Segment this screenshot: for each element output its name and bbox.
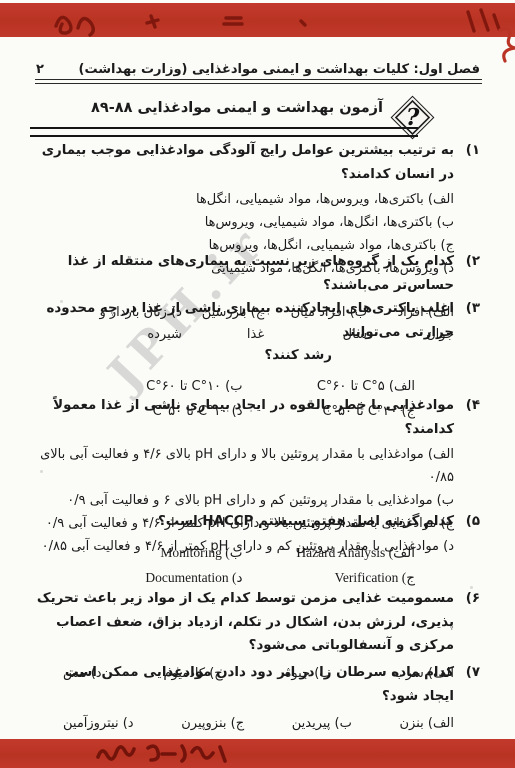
question-stem: مسمومیت غذایی مزمن توسط کدام یک از مواد … (35, 587, 454, 658)
scan-edge-band-bottom (0, 739, 515, 768)
option-d: د) Documentation (70, 565, 243, 590)
paper-speckle (60, 300, 63, 303)
option-c: ج) Verification (243, 565, 416, 590)
section-divider (30, 127, 418, 137)
page-header: فصل اول: کلیات بهداشت و ایمنی موادغذایی … (36, 57, 480, 77)
option-c: ج) بنزوپیرن (181, 713, 244, 735)
option-b: ب) پیریدین (292, 713, 352, 735)
option-b: ب) Monitoring (70, 540, 243, 565)
question-stem: کدام ماده سرطان زا در اثر دود دادن موادغ… (35, 661, 454, 708)
handwriting-scribble-bottom (0, 739, 515, 768)
question-stem: کدام یک از گروه‌های زیر نسبت به بیماری‌ه… (35, 250, 454, 297)
paper-speckle (470, 586, 473, 589)
question-stem: موادغذایی با خطر بالقوه در ایجاد بیماری … (35, 394, 454, 441)
question-stem-line2: رشد کنند؟ (35, 344, 480, 368)
header-divider (35, 79, 482, 84)
question-stem: کدام گزینه اصل هفتم سیستم HACCP است؟ (35, 510, 454, 534)
option-d: د) نیتروزآمین (63, 713, 134, 735)
option-a: الف) باکتری‌ها، ویروس‌ها، مواد شیمیایی، … (35, 188, 454, 211)
paper-speckle (196, 72, 199, 75)
option-b: ب) موادغذایی با مقدار پروتئین کم و دارای… (35, 489, 454, 512)
question-number: ۱) (454, 139, 480, 186)
section-title: آزمون بهداشت و ایمنی موادغذایی ۸۸-۸۹ (91, 100, 383, 116)
option-a: الف) Hazard Analysis (243, 540, 416, 565)
option-a: الف) موادغذایی با مقدار پروتئین بالا و د… (35, 443, 454, 489)
paper-speckle (40, 470, 43, 473)
question-number: ۳) (454, 297, 480, 344)
question-number: ۵) (454, 510, 480, 534)
question-7: ۷) کدام ماده سرطان زا در اثر دود دادن مو… (35, 661, 480, 735)
scanned-exam-page: { "header": { "page_number": "۲", "chapt… (0, 0, 515, 768)
chapter-title: فصل اول: کلیات بهداشت و ایمنی موادغذایی … (79, 62, 480, 77)
option-a: الف) بنزن (400, 713, 455, 735)
question-number: ۷) (454, 661, 480, 708)
red-pen-mark (495, 24, 515, 64)
option-b: ب) باکتری‌ها، انگل‌ها، مواد شیمیایی، ویر… (35, 211, 454, 234)
scan-edge-band-top (0, 3, 515, 37)
question-number: ۲) (454, 250, 480, 297)
handwriting-scribble-top (0, 3, 515, 37)
question-number: ۴) (454, 394, 480, 441)
page-number: ۲ (36, 62, 44, 77)
question-5: ۵) کدام گزینه اصل هفتم سیستم HACCP است؟ … (35, 510, 480, 590)
question-stem: اغلب باکتری‌های ایجادکننده بیماری ناشی ا… (35, 297, 454, 344)
question-number: ۶) (454, 587, 480, 658)
question-stem: به ترتیب بیشترین عوامل رایج آلودگی موادغ… (35, 139, 454, 186)
